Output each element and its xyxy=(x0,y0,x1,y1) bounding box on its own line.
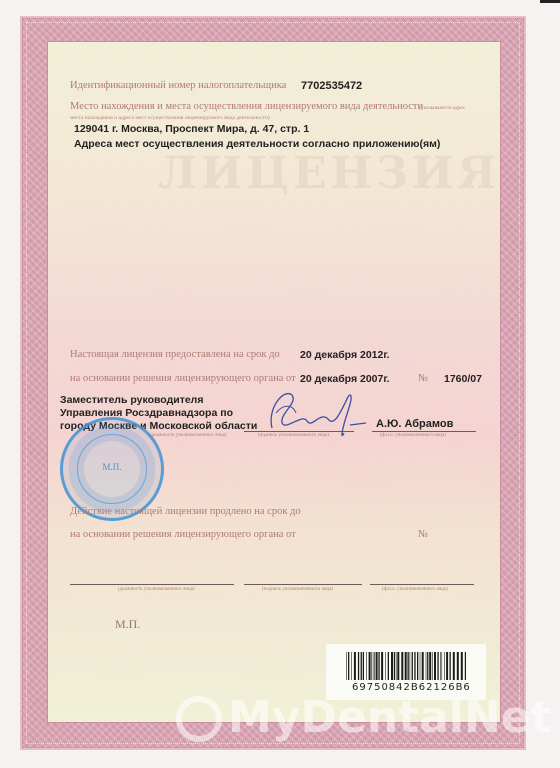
scan-edge-mark xyxy=(540,0,560,3)
validity-label: Настоящая лицензия предоставлена на срок… xyxy=(70,349,280,360)
caption-name: (ф.и.о. уполномоченного лица) xyxy=(380,433,446,438)
barcode-icon xyxy=(346,652,466,680)
extension-position-line xyxy=(70,584,234,585)
signer-position-1: Заместитель руководителя xyxy=(60,394,203,406)
stamp-place-label: М.П. xyxy=(115,617,140,632)
watermark-text: MyDentalNet xyxy=(228,692,552,743)
watermark-logo-icon xyxy=(176,696,222,742)
basis-number: 1760/07 xyxy=(444,373,482,385)
address-line-2: Адреса мест осуществления деятельности с… xyxy=(74,138,440,150)
inn-label: Идентификационный номер налогоплательщик… xyxy=(70,80,286,91)
signer-name: А.Ю. Абрамов xyxy=(376,418,453,430)
address-line-1: 129041 г. Москва, Проспект Мира, д. 47, … xyxy=(74,123,309,135)
location-note-1: (указываются адрес xyxy=(419,105,465,111)
location-label: Место нахождения и места осуществления л… xyxy=(70,101,423,112)
extension-signature-line xyxy=(244,584,362,585)
extension-caption-position: (должность уполномоченного лица) xyxy=(118,587,195,592)
name-line xyxy=(372,431,476,432)
signature-icon xyxy=(262,383,372,443)
show-through-title: ЛИЦЕНЗИЯ xyxy=(158,148,500,199)
extension-caption-name: (ф.и.о. уполномоченного лица) xyxy=(382,587,448,592)
location-note-2: места нахождения и адреса мест осуществл… xyxy=(70,115,270,121)
extension-caption-signature: (подпись уполномоченного лица) xyxy=(262,587,333,592)
validity-value: 20 декабря 2012г. xyxy=(300,349,390,361)
extension-name-line xyxy=(370,584,474,585)
caption-position: (должность уполномоченного лица) xyxy=(150,433,227,438)
extended-basis-label: на основании решения лицензирующего орга… xyxy=(70,529,296,540)
seal-text: М.П. xyxy=(63,462,161,472)
extended-number-sign: № xyxy=(418,529,428,540)
extended-label: Действие настоящей лицензии продлено на … xyxy=(70,506,301,517)
inn-value: 7702535472 xyxy=(301,80,362,92)
signer-position-2: Управления Росздравнадзора по xyxy=(60,407,233,419)
number-sign: № xyxy=(418,373,428,384)
